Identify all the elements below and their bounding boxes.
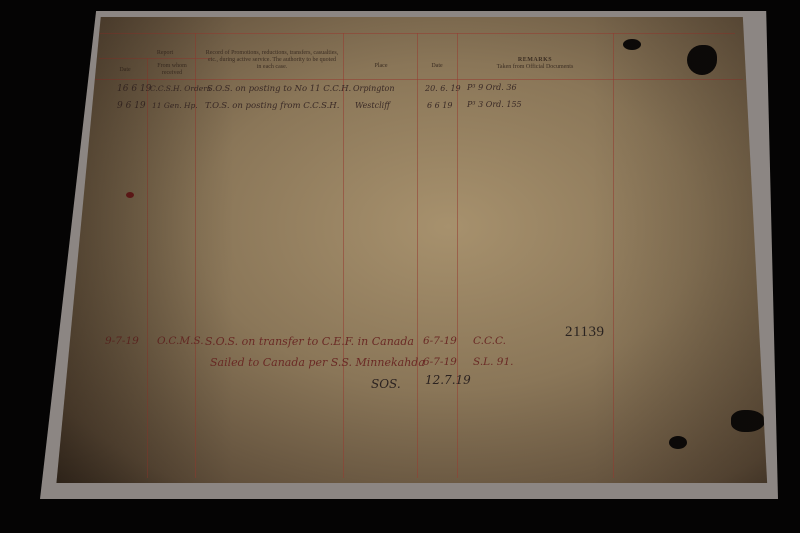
entry-2-date2: 6 6 19 [427, 101, 452, 110]
entry-2-remarks: P³ 3 Ord. 155 [467, 100, 522, 109]
col-rule-date [147, 58, 148, 478]
rule-header-bottom [95, 79, 743, 80]
header-remarks-title: REMARKS [465, 57, 605, 64]
entry-3-from: O.C.M.S. [157, 335, 204, 347]
punch-hole-top [623, 39, 641, 50]
entry-1-remarks: P³ 9 Ord. 36 [467, 83, 517, 92]
record-number-stamp: 21139 [565, 324, 604, 341]
col-rule-from [195, 33, 196, 478]
entry-1-place: Orpington [353, 84, 395, 93]
damage-mid-right [731, 410, 765, 432]
header-record: Record of Promotions, reductions, transf… [205, 50, 339, 71]
col-rule-record [343, 33, 344, 478]
col-rule-place [417, 33, 418, 478]
record-card: Report Date From whom received Record of… [55, 17, 770, 483]
header-date: Date [105, 67, 145, 74]
entry-3-remarks: C.C.C. [473, 335, 506, 347]
col-rule-date2 [457, 33, 458, 478]
annotation-date: 12.7.19 [425, 373, 471, 387]
entry-2-record: T.O.S. on posting from C.C.S.H. [205, 101, 339, 111]
header-from-whom: From whom received [151, 63, 193, 77]
entry-3-date2: 6-7-19 [423, 335, 457, 347]
entry-2-place: Westcliff [355, 101, 390, 110]
header-date2: Date [419, 63, 455, 70]
header-place: Place [351, 63, 411, 70]
entry-4-date2: 6-7-19 [423, 356, 457, 368]
rule-header-mid [99, 58, 211, 59]
entry-3-date: 9-7-19 [105, 335, 139, 347]
header-remarks-sub: Taken from Official Documents [465, 64, 605, 71]
ink-blot [126, 192, 134, 198]
entry-4-record: Sailed to Canada per S.S. Minnekahda [210, 356, 425, 369]
damage-top-right [687, 45, 717, 75]
entry-1-from: C.C.S.H. Orders [150, 84, 211, 93]
entry-2-from: 11 Gen. Hp. [152, 101, 198, 110]
entry-2-date: 9 6 19 [117, 101, 146, 111]
header-report: Report [135, 50, 195, 57]
entry-3-record: S.O.S. on transfer to C.E.F. in Canada [205, 335, 414, 348]
col-rule-remarks [613, 33, 614, 478]
annotation-code: SOS. [371, 377, 401, 391]
entry-4-remarks: S.L. 91. [473, 356, 514, 368]
entry-1-date: 16 6 19 [117, 84, 151, 94]
entry-1-record: S.O.S. on posting to No 11 C.C.H. [207, 84, 351, 94]
entry-1-date2: 20. 6. 19 [425, 84, 461, 93]
punch-hole-bottom [669, 436, 687, 449]
rule-top [95, 33, 735, 34]
